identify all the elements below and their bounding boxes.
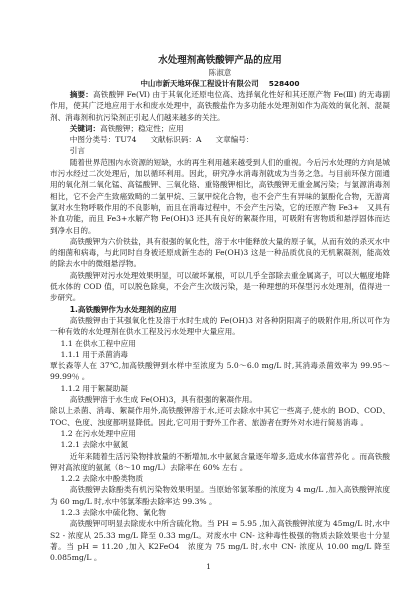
section-1-2-3-heading: 1.2.3 去除水中硫化物、氰化物 [50,507,390,518]
intro-paragraph-2: 高铁酸钾为六价铁盐，具有很强的氧化性，溶于水中能释放大量的原子氧，从而有效的杀灭… [50,236,390,270]
affiliation: 中山市新天地环保工程设计有限公司528400 [50,78,390,89]
section-1-2-1-heading: 1.2.1 去除水中氨氮 [50,439,390,450]
classification-meta: 中图分类号：TU74文献标识码：A文章编号： [50,134,390,145]
doc-code: 文献标识码：A [150,135,201,144]
keywords-label: 关键词： [70,124,100,133]
affiliation-org: 中山市新天地环保工程设计有限公司 [140,79,258,88]
section-1-1-1-text: 覃长森等人在 37℃,加高铁酸钾到水样中至浓度为 5.0～6.0 mg/L 时,… [50,360,390,383]
abstract-text: 高铁酸钾 Fe(Ⅵ) 由于其氧化还原电位高、选择氧化性好和其还原产物 Fe(Ⅲ)… [50,90,390,122]
section-1-1-2-heading: 1.1.2 用于絮凝助凝 [50,383,390,394]
article-number: 文章编号： [216,135,254,144]
section-1-1-2-text-2: 除以上杀菌、消毒、絮凝作用外,高铁酸钾溶于水,还可去除水中其它一些离子,使水的 … [50,405,390,428]
keywords: 关键词：高铁酸钾；稳定性；应用 [50,123,390,134]
keywords-text: 高铁酸钾；稳定性；应用 [100,124,184,133]
section-1-2-2-text: 高铁酸钾去除酚类有机污染物效果明显。当原始邻氯苯酚的浓度为 4 mg/L ,加入… [50,484,390,507]
affiliation-zip: 528400 [269,79,300,88]
document-page: 水处理剂高铁酸钾产品的应用 陈淑意 中山市新天地环保工程设计有限公司528400… [50,54,390,563]
page-number: 1 [0,562,417,571]
section-1-2-heading: 1.2 在污水处理中应用 [50,428,390,439]
intro-paragraph-3: 高铁酸钾对污水处理效果明显，可以破坏氰根，可以几乎全部除去重金属离子，可以大幅度… [50,270,390,304]
section-1-2-3-text: 高铁酸钾可明显去除废水中所含硫化物。当 PH = 5.95 ,加入高铁酸钾浓度为… [50,518,390,563]
section-1-2-2-heading: 1.2.2 去除水中酚类物质 [50,473,390,484]
section-1-heading: 1.高铁酸钾作为水处理剂的应用 [50,304,390,315]
intro-paragraph-1: 随着世界范围内水资源的短缺，水的再生利用越来越受到人们的重视。今后污水处理的方向… [50,157,390,236]
section-1-intro: 高铁酸钾由于其强氧化性及溶于水时生成的 Fe(OH)3 对各种阴阳离子的吸附作用… [50,315,390,338]
document-title: 水处理剂高铁酸钾产品的应用 [50,54,390,67]
section-1-2-1-text: 近年来随着生活污染物排放量的不断增加,水中氨氮含量逐年增多,造成水体富营养化 。… [50,451,390,474]
abstract-label: 摘要： [70,90,93,99]
author-name: 陈淑意 [50,67,390,78]
abstract: 摘要：高铁酸钾 Fe(Ⅵ) 由于其氧化还原电位高、选择氧化性好和其还原产物 Fe… [50,89,390,123]
section-1-1-1-heading: 1.1.1 用于杀菌消毒 [50,349,390,360]
section-1-1-heading: 1.1 在供水工程中应用 [50,338,390,349]
intro-heading: 引言 [50,145,390,156]
section-1-1-2-text: 高铁酸钾溶于水生成 Fe(OH)3，具有很强的絮凝作用。 [50,394,390,405]
clc-number: 中图分类号：TU74 [70,135,137,144]
